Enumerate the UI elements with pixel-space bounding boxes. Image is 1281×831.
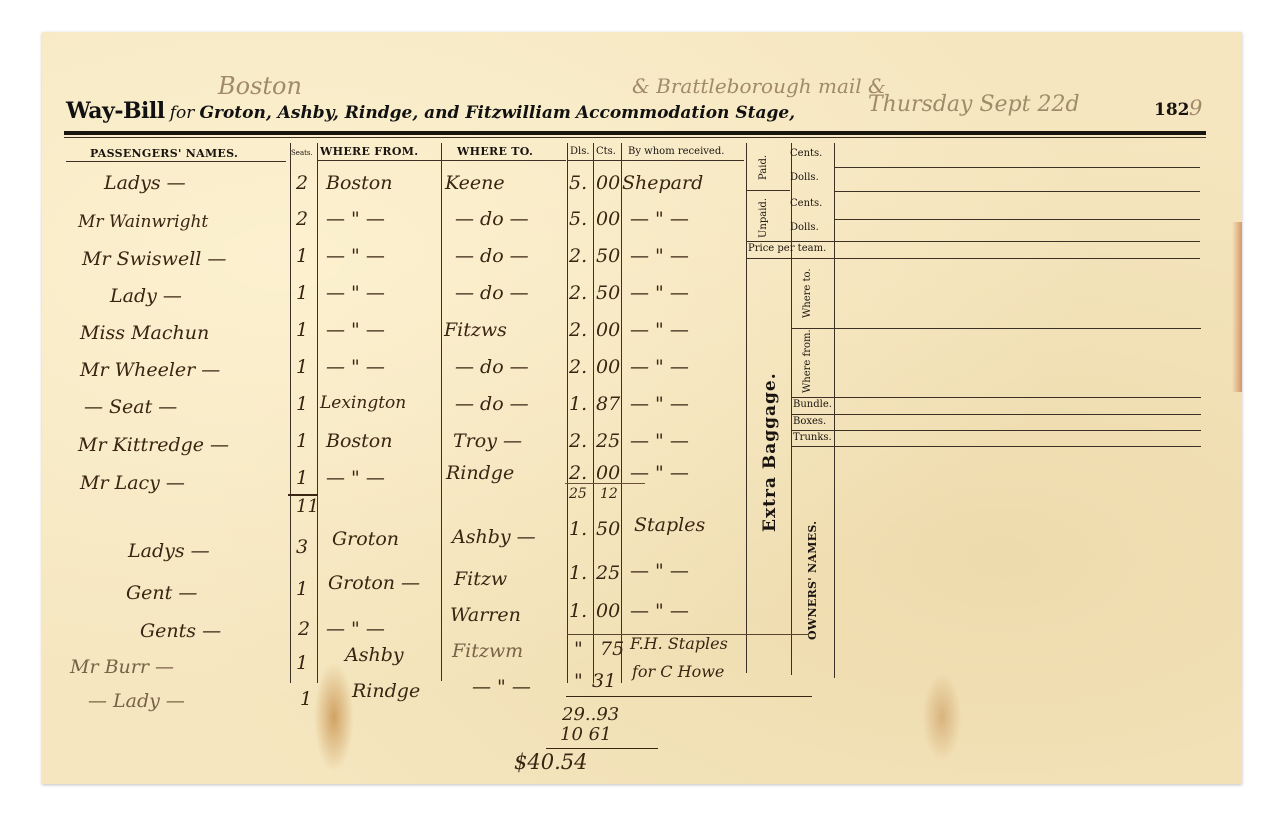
- divider: [567, 160, 621, 161]
- row-seats: 1: [296, 356, 308, 378]
- row-name: Ladys —: [104, 172, 186, 194]
- divider: [746, 143, 747, 673]
- row-cts: 00: [596, 356, 620, 378]
- row-seats: 1: [300, 688, 312, 710]
- row-to: — do —: [455, 282, 529, 304]
- grand-total: $40.54: [514, 750, 587, 774]
- divider: [746, 241, 1200, 242]
- divider: [290, 143, 291, 683]
- subtotal-rule: [565, 483, 645, 484]
- label-trunks: Trunks.: [793, 432, 832, 443]
- row-from: — " —: [326, 208, 385, 230]
- label-paid-cents: Cents.: [790, 148, 822, 159]
- row-seats: 1: [296, 467, 308, 489]
- row-from: Groton —: [328, 572, 420, 594]
- total-line-1: 29..93: [562, 704, 619, 725]
- row-seats: 2: [296, 208, 308, 230]
- edge-discoloration: [1232, 222, 1242, 392]
- row-name: Mr Kittredge —: [78, 434, 229, 456]
- row-from: Boston: [326, 172, 392, 194]
- row-name: Mr Swiswell —: [82, 248, 226, 270]
- row-dls: 2.: [569, 430, 587, 452]
- row-seats: 1: [296, 319, 308, 341]
- total-line-2: 10 61: [560, 724, 612, 745]
- row-to: Warren: [450, 604, 521, 626]
- row-to: — " —: [472, 676, 531, 698]
- divider: [746, 190, 790, 191]
- divider: [791, 414, 1201, 415]
- row-cts: 00: [596, 208, 620, 230]
- row-cts: 25: [596, 430, 620, 452]
- row-from: — " —: [326, 319, 385, 341]
- row-to: Fitzwm: [452, 640, 523, 662]
- row-dls: 5.: [569, 172, 587, 194]
- row-seats: 1: [296, 245, 308, 267]
- divider: [834, 191, 1200, 192]
- water-stain: [314, 662, 354, 772]
- row-seats: 1: [296, 393, 308, 415]
- year-printed: 182: [1154, 100, 1190, 120]
- divider: [791, 446, 1201, 447]
- divider: [567, 143, 568, 683]
- row-to: Rindge: [446, 462, 514, 484]
- divider: [317, 143, 318, 683]
- row-from: Ashby: [345, 644, 404, 666]
- divider: [746, 258, 1200, 259]
- label-where-to: Where to.: [802, 268, 813, 318]
- row-dls: 2.: [569, 319, 587, 341]
- row-name: Mr Burr —: [70, 656, 174, 678]
- subtotal-seats: 11: [296, 496, 319, 517]
- divider: [621, 143, 622, 683]
- row-seats: 2: [296, 172, 308, 194]
- row-received: — " —: [630, 245, 689, 267]
- label-paid: Paid.: [758, 155, 769, 180]
- row-name: — Seat —: [84, 396, 177, 418]
- water-stain: [922, 672, 962, 762]
- row-to: Troy —: [453, 430, 522, 452]
- row-from: — " —: [326, 618, 385, 640]
- row-from: — " —: [326, 282, 385, 304]
- title-for: for: [170, 103, 195, 123]
- row-from: Boston: [326, 430, 392, 452]
- row-received: Staples: [634, 514, 705, 536]
- annotation-mail: & Brattleborough mail &: [632, 74, 886, 98]
- divider: [791, 430, 1201, 431]
- row-seats: 3: [296, 536, 308, 558]
- row-to: — do —: [455, 245, 529, 267]
- label-extra-baggage: Extra Baggage.: [760, 372, 780, 532]
- row-dls: 2.: [569, 356, 587, 378]
- row-name: Mr Wainwright: [78, 212, 208, 232]
- header-passengers: PASSENGERS' NAMES.: [90, 147, 238, 160]
- row-seats: 1: [296, 652, 308, 674]
- row-to: — do —: [455, 356, 529, 378]
- row-dls: 2.: [569, 245, 587, 267]
- row-from: Lexington: [320, 393, 406, 413]
- handwritten-date: Thursday Sept 22d: [868, 92, 1080, 117]
- label-where-from: Where from.: [802, 329, 813, 393]
- header-rule: [64, 131, 1206, 135]
- row-name: Ladys —: [128, 540, 210, 562]
- row-dls: 1.: [569, 393, 587, 415]
- row-seats: 1: [296, 578, 308, 600]
- row-seats: 2: [298, 618, 310, 640]
- header-dollars: Dls.: [570, 146, 590, 157]
- divider: [834, 167, 1200, 168]
- row-from: Groton: [332, 528, 399, 550]
- row-to: — do —: [455, 393, 529, 415]
- row-cts: 00: [596, 172, 620, 194]
- label-paid-dolls: Dolls.: [790, 172, 819, 183]
- row-name: — Lady —: [88, 690, 185, 712]
- row-to: Fitzw: [454, 568, 507, 590]
- row-received: — " —: [630, 356, 689, 378]
- row-cts: 50: [596, 245, 620, 267]
- row-received: Shepard: [622, 172, 703, 194]
- row-dls: 2.: [569, 282, 587, 304]
- row-received: — " —: [630, 430, 689, 452]
- row-received: — " —: [630, 319, 689, 341]
- divider: [622, 160, 744, 161]
- row-name: Mr Wheeler —: [80, 359, 220, 381]
- row-dls: 5.: [569, 208, 587, 230]
- row-received: — " —: [630, 462, 689, 484]
- row-cts: 00: [596, 319, 620, 341]
- label-unpaid: Unpaid.: [758, 198, 769, 238]
- row-received: — " —: [630, 282, 689, 304]
- row-dls: ": [574, 638, 583, 660]
- total-rule: [546, 748, 658, 749]
- row-name: Gents —: [140, 620, 221, 642]
- header-cents: Cts.: [596, 146, 616, 157]
- label-boxes: Boxes.: [793, 416, 826, 427]
- row-seats: 1: [296, 430, 308, 452]
- row-name: Lady —: [110, 285, 182, 307]
- label-price-per-team: Price per team.: [748, 243, 826, 254]
- row-received: — " —: [630, 393, 689, 415]
- row-from: Rindge: [352, 680, 420, 702]
- row-received: — " —: [630, 208, 689, 230]
- header-received-by: By whom received.: [628, 146, 724, 157]
- row-to: — do —: [455, 208, 529, 230]
- row-cts: 00: [596, 600, 620, 622]
- row-seats: 1: [296, 282, 308, 304]
- row-dls: 1.: [569, 518, 587, 540]
- total-rule: [566, 696, 812, 697]
- title-route: Groton, Ashby, Rindge, and Fitzwilliam: [199, 103, 570, 123]
- title-waybill: Way-Bill: [66, 98, 165, 124]
- row-dls: ": [574, 670, 583, 692]
- divider: [791, 328, 1201, 329]
- row-from: — " —: [326, 245, 385, 267]
- year-handwritten: 9: [1189, 96, 1202, 120]
- row-dls: 2.: [569, 462, 587, 484]
- divider: [318, 160, 566, 161]
- page-title: Way-Bill for Groton, Ashby, Rindge, and …: [66, 98, 795, 124]
- divider: [66, 161, 286, 162]
- row-to: Ashby —: [452, 526, 536, 548]
- label-bundle: Bundle.: [793, 399, 832, 410]
- annotation-boston: Boston: [218, 72, 302, 100]
- subtotal-dls: 25: [569, 486, 587, 502]
- row-cts: 75: [600, 638, 624, 660]
- header-where-to: WHERE TO.: [457, 145, 533, 158]
- row-cts: 50: [596, 518, 620, 540]
- row-cts: 00: [596, 462, 620, 484]
- row-cts: 25: [596, 562, 620, 584]
- row-dls: 1.: [569, 562, 587, 584]
- row-name: Miss Machun: [80, 322, 209, 344]
- divider: [593, 143, 594, 683]
- row-cts: 87: [596, 393, 620, 415]
- row-to: Fitzws: [444, 319, 507, 341]
- row-received: F.H. Staples: [630, 634, 728, 653]
- row-name: Gent —: [126, 582, 197, 604]
- row-name: Mr Lacy —: [80, 472, 185, 494]
- label-owners-names: OWNERS' NAMES.: [806, 521, 819, 640]
- divider: [834, 219, 1200, 220]
- row-received: — " —: [630, 600, 689, 622]
- title-suffix: Accommodation Stage,: [576, 103, 795, 123]
- row-received: — " —: [630, 560, 689, 582]
- label-unpaid-dolls: Dolls.: [790, 222, 819, 233]
- divider: [834, 143, 835, 678]
- header-seats: Seats.: [291, 149, 313, 157]
- row-from: — " —: [326, 356, 385, 378]
- row-from: — " —: [326, 467, 385, 489]
- label-unpaid-cents: Cents.: [790, 198, 822, 209]
- divider: [791, 397, 1201, 398]
- divider: [441, 143, 442, 681]
- header-where-from: WHERE FROM.: [320, 145, 418, 158]
- row-cts: 50: [596, 282, 620, 304]
- row-cts: 31: [592, 670, 616, 692]
- header-rule-thin: [64, 137, 1206, 138]
- subtotal-cts: 12: [600, 486, 618, 502]
- row-to: Keene: [445, 172, 505, 194]
- row-dls: 1.: [569, 600, 587, 622]
- row-received: for C Howe: [632, 662, 724, 681]
